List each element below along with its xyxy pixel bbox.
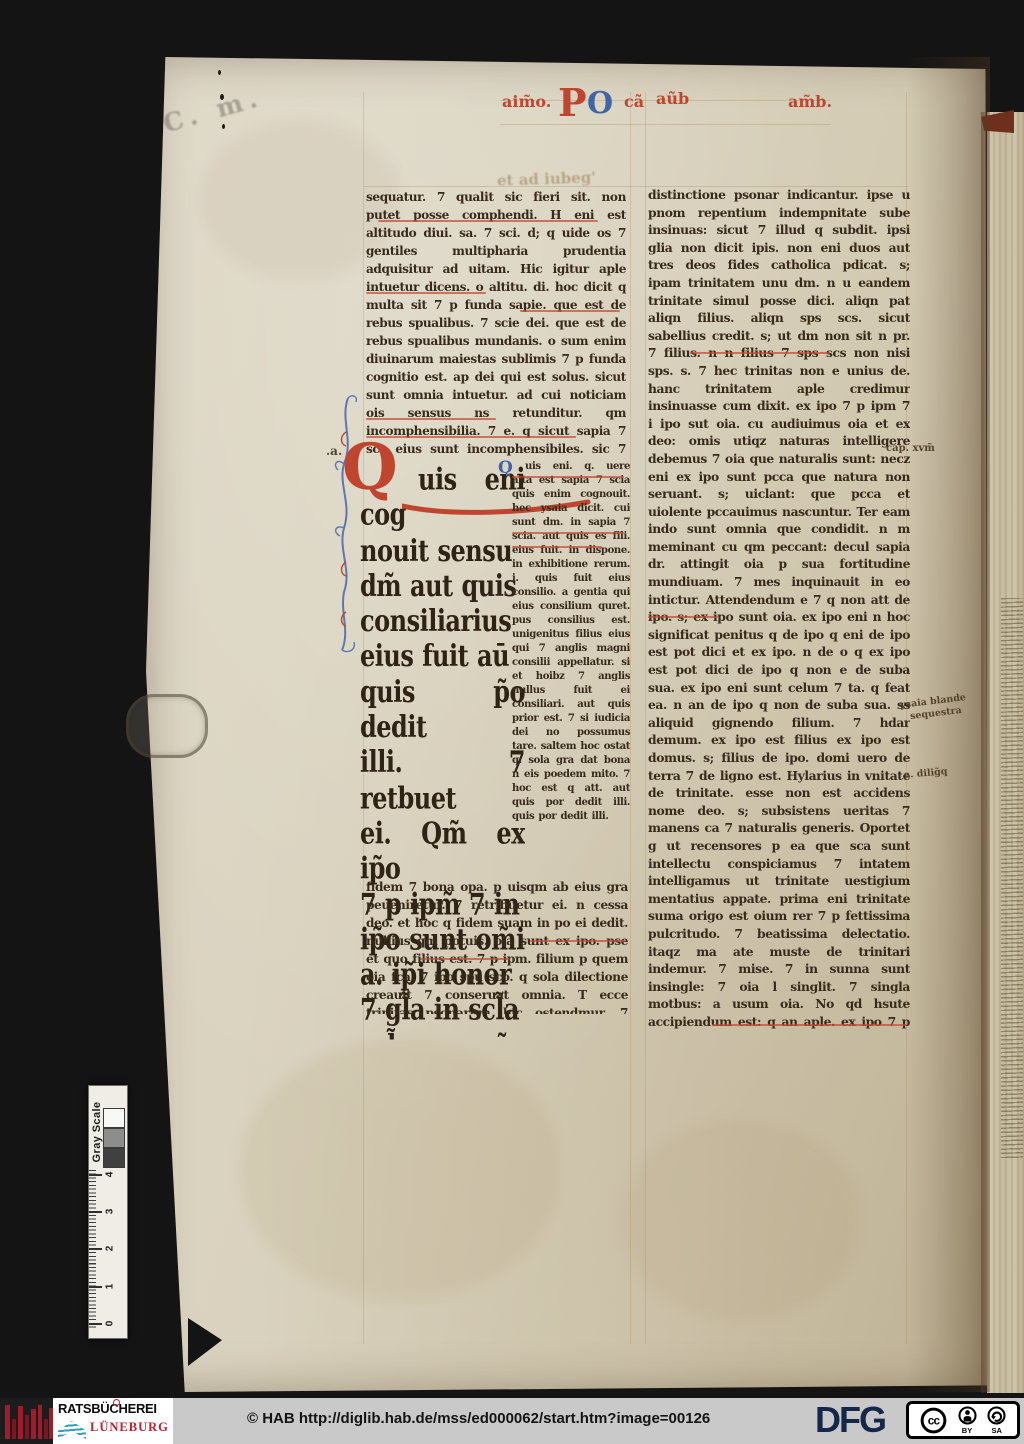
ruler-major-tick: [89, 1211, 102, 1213]
ruler-major-tick: [89, 1323, 102, 1325]
ink-spot: [222, 124, 225, 129]
copyright-url-text: © HAB http://diglib.hab.de/mss/ed000062/…: [247, 1410, 710, 1427]
library-logo-bars: [31, 1409, 36, 1439]
parchment-stain: [620, 1120, 860, 1320]
open-book-icon: [58, 1421, 86, 1439]
rubric-underline: [530, 940, 625, 942]
margin-note-a: .a.: [326, 444, 342, 458]
ruler-number: 3: [105, 1205, 116, 1219]
footer-bar: RATSBÜCHEREI LÜNEBURG © HAB http://digli…: [0, 1398, 1024, 1444]
parchment-stain: [240, 1040, 560, 1300]
library-city: LÜNEBURG: [90, 1420, 169, 1435]
gray-patch-dark: [103, 1148, 125, 1168]
ruling-line-horizontal: [500, 124, 830, 125]
umlaut-ring-accent: [113, 1399, 120, 1406]
ruler-number: 1: [105, 1280, 116, 1294]
rubric-underline: [366, 436, 576, 438]
library-logo-bars: [12, 1419, 16, 1439]
manuscript-scan-page: aim̃o. P O cã aũb am̃b. C. m. et ad iube…: [0, 0, 1024, 1444]
rubric-underline: [690, 352, 830, 354]
ruler-major-tick: [89, 1248, 102, 1250]
running-header-right: am̃b.: [788, 92, 832, 111]
dfg-logo: DFG: [815, 1399, 885, 1441]
ruler-number: 2: [105, 1242, 116, 1256]
library-logo-bars: [38, 1405, 42, 1439]
library-logo-bars: [25, 1415, 29, 1439]
rubric-underline: [420, 958, 510, 960]
svg-text:cc: cc: [928, 1413, 941, 1427]
ruling-line-vertical: [630, 92, 631, 1344]
rubric-underline: [512, 532, 624, 534]
library-logo-bars: [18, 1406, 23, 1439]
side-gloss-initial: Q: [498, 458, 513, 478]
gray-patch-mid: [103, 1128, 125, 1148]
cc-license-plate: cc BY SA: [906, 1401, 1020, 1439]
cc-sa-label: SA: [992, 1426, 1002, 1435]
cc-by-label: BY: [962, 1426, 972, 1435]
next-leaf-text-bleed: [1001, 598, 1023, 1158]
running-header-mid2: aũb: [656, 89, 689, 108]
gray-patch-white: [103, 1108, 125, 1128]
library-logo-bars: [49, 1408, 53, 1439]
gray-scale-ruler: Gray Scale 4 3 2 1 0: [88, 1085, 128, 1339]
gutter-shadow: [906, 57, 990, 1392]
margin-note-chapter: cap. xvm̃: [886, 443, 935, 454]
rubric-underline: [712, 1024, 907, 1026]
running-header-initial-red: P: [558, 80, 587, 125]
rubric-underline: [512, 546, 602, 548]
rubric-underline: [520, 310, 620, 312]
cc-by-person-icon: [958, 1406, 977, 1425]
rubric-underline: [512, 476, 624, 478]
rubric-underline: [366, 418, 496, 420]
library-logo-bars: [5, 1405, 10, 1439]
ruling-line-vertical: [645, 92, 646, 1344]
ruler-number: 4: [105, 1168, 116, 1182]
ruler-major-tick: [89, 1286, 102, 1288]
rubric-underline: [648, 616, 718, 618]
running-header-initial-blue: O: [587, 86, 613, 121]
gray-scale-label: Gray Scale: [91, 1092, 103, 1172]
left-column-bottom-text: fidem 7 bona opa. p uisqm ab eius gra pe…: [366, 878, 628, 1014]
library-name: RATSBÜCHEREI: [58, 1401, 157, 1416]
rubric-underline: [378, 220, 598, 222]
ink-spot: [218, 70, 221, 75]
running-header-mid1: cã: [624, 92, 644, 111]
offset-text-bleed: et ad iubeg': [497, 168, 596, 189]
rubric-underline: [366, 292, 486, 294]
ruler-major-tick: [89, 1174, 102, 1176]
left-column-side-gloss: uis eni. q. uere alta est sapia 7 scia q…: [512, 460, 630, 880]
library-logo-bars: [44, 1419, 48, 1439]
running-header-left: aim̃o.: [502, 92, 551, 111]
cc-icon: cc: [920, 1407, 947, 1434]
right-column-text: distinctione psonar indicantur. ipse u p…: [648, 186, 910, 1032]
cc-sa-arrow-icon: [987, 1406, 1006, 1425]
ruler-number: 0: [105, 1317, 116, 1331]
page-holder-clip: [126, 694, 208, 758]
ink-spot: [220, 94, 224, 100]
